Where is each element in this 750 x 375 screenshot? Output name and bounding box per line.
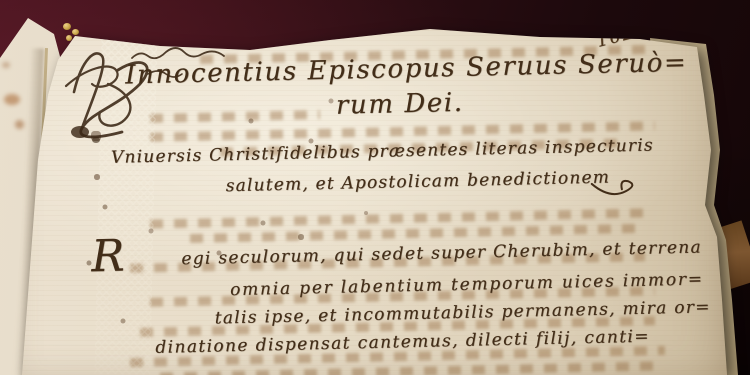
manuscript-photo: 162 Innocentius Episcopus Seruus Seruò= … [0, 0, 750, 375]
folio-number: 162 [595, 23, 637, 52]
gold-clasp-bead [72, 29, 79, 35]
ink-spots [0, 0, 2, 2]
pen-flourish [590, 173, 647, 200]
manuscript-text: 162 Innocentius Episcopus Seruus Seruò= … [0, 0, 750, 375]
body-line-3: talis ipse, et incommutabilis permanens,… [215, 297, 711, 328]
heading-line-1: Innocentius Episcopus Seruus Seruò= [125, 48, 688, 91]
salutation-line-1: Vniuersis Christifidelibus præsentes lit… [111, 136, 654, 168]
gold-clasp-bead [63, 23, 71, 30]
heading-line-2: rum Dei. [336, 88, 464, 121]
gold-clasp-bead [66, 35, 72, 41]
manuscript-page-wrap: 162 Innocentius Episcopus Seruus Seruò= … [0, 0, 750, 375]
body-drop-cap: R [91, 231, 125, 283]
manuscript-page: 162 Innocentius Episcopus Seruus Seruò= … [0, 0, 750, 375]
body-line-1: egi seculorum, qui sedet super Cherubim,… [181, 237, 702, 269]
body-line-2: omnia per labentium temporum uices immor… [230, 269, 704, 300]
body-line-4: dinatione dispensat cantemus, dilecti fi… [155, 327, 650, 358]
salutation-line-2: salutem, et Apostolicam benedictionem [226, 168, 611, 197]
